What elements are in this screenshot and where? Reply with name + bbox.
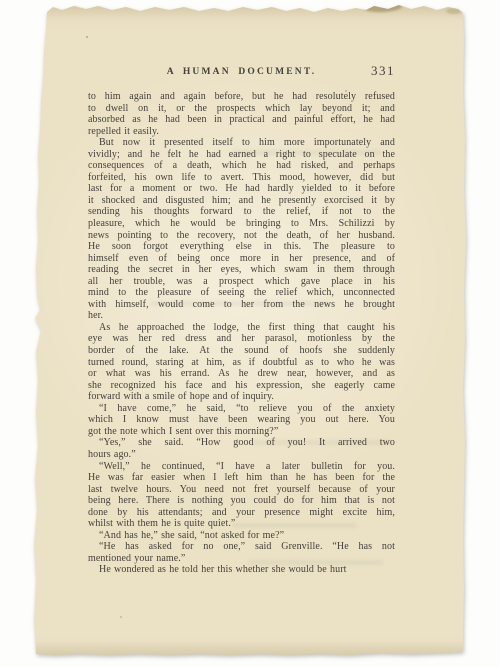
text-line: got the note which I sent over this morn… bbox=[88, 426, 395, 438]
paper-stain bbox=[364, 2, 402, 13]
text-line: eye was her red dress and her parasol, m… bbox=[88, 333, 395, 345]
text-line: or what was his errand. As he drew near,… bbox=[88, 368, 395, 380]
text-line: pleasure, which he would be bringing to … bbox=[88, 218, 395, 230]
text-line: news pointing to the recovery, not the d… bbox=[88, 230, 395, 242]
text-line: He soon forgot everything else in this. … bbox=[88, 241, 395, 253]
text-line: turned round, staring at him, as if doub… bbox=[88, 357, 395, 369]
text-line: “He has asked for no one,” said Grenvill… bbox=[88, 541, 395, 553]
text-line: repelled it easily. bbox=[88, 126, 395, 138]
text-line: He was far easier when I left him than h… bbox=[88, 472, 395, 484]
paper-stain bbox=[446, 8, 462, 14]
text-line: “I have come,” he said, “to relieve you … bbox=[88, 403, 395, 415]
text-line: forward with a smile of hope and of inqu… bbox=[88, 391, 395, 403]
paper-speck bbox=[120, 616, 122, 618]
text-line: “Yes,” she said. “How good of you! It ar… bbox=[88, 437, 395, 449]
text-line: vividly; and he felt he had earned a rig… bbox=[88, 149, 395, 161]
book-page: A HUMAN DOCUMENT. 331 to him again and a… bbox=[0, 0, 500, 667]
text-line: consequences of a death, which he had ri… bbox=[88, 160, 395, 172]
text-line: “And has he,” she said, “not asked for m… bbox=[88, 530, 395, 542]
page-text: to him again and again before, but he ha… bbox=[88, 91, 395, 576]
text-line: her. bbox=[88, 310, 395, 322]
text-line: it shocked and disgusted him; and he pre… bbox=[88, 195, 395, 207]
text-line: himself even of being once more in her p… bbox=[88, 253, 395, 265]
text-line: which I know must have been wearing you … bbox=[88, 414, 395, 426]
text-line: to dwell on it, or the prospects which l… bbox=[88, 103, 395, 115]
text-line: being here. There is nothing you could d… bbox=[88, 495, 395, 507]
text-line: to him again and again before, but he ha… bbox=[88, 91, 395, 103]
text-line: border of the lake. At the sound of hoof… bbox=[88, 345, 395, 357]
text-line: she recognized his face and his expressi… bbox=[88, 380, 395, 392]
text-line: done by his attendants; and your presenc… bbox=[88, 507, 395, 519]
page-number: 331 bbox=[371, 63, 395, 79]
text-line: forfeited, his own life to avert. This m… bbox=[88, 172, 395, 184]
page-header: A HUMAN DOCUMENT. 331 bbox=[88, 65, 395, 80]
text-line: mind to the pleasure of seeing the relie… bbox=[88, 287, 395, 299]
text-line: But now it presented itself to him more … bbox=[88, 137, 395, 149]
paper-speck bbox=[86, 36, 88, 38]
text-line: whilst with them he is quite quiet.” bbox=[88, 518, 395, 530]
running-title: A HUMAN DOCUMENT. bbox=[88, 67, 395, 77]
text-line: last for a moment or two. He had hardly … bbox=[88, 183, 395, 195]
text-line: with himself, would come to her from the… bbox=[88, 299, 395, 311]
text-line: “Well,” he continued, “I have a later bu… bbox=[88, 461, 395, 473]
text-line: As he approached the lodge, the first th… bbox=[88, 322, 395, 334]
text-line: He wondered as he told her this whether … bbox=[88, 564, 395, 576]
text-line: hours ago.” bbox=[88, 449, 395, 461]
paper: A HUMAN DOCUMENT. 331 to him again and a… bbox=[0, 0, 500, 667]
text-line: mentioned your name.” bbox=[88, 553, 395, 565]
text-line: reading the secret in her eyes, which sw… bbox=[88, 264, 395, 276]
text-line: last twelve hours. You need not fret you… bbox=[88, 484, 395, 496]
scan-background: A HUMAN DOCUMENT. 331 to him again and a… bbox=[0, 0, 500, 667]
text-line: all her trouble, was a prospect which ga… bbox=[88, 276, 395, 288]
text-line: sending his thoughts forward to the reli… bbox=[88, 206, 395, 218]
text-line: absorbed as he had been in practical and… bbox=[88, 114, 395, 126]
